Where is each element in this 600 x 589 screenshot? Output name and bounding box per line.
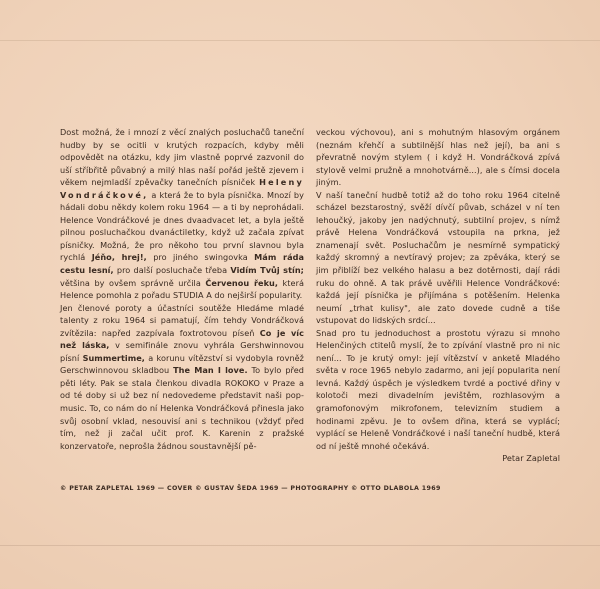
text-run: pro jiného swingovka — [147, 252, 254, 262]
right-column: veckou výchovou), ani s mohutným hlasový… — [316, 126, 560, 465]
paragraph: veckou výchovou), ani s mohutným hlasový… — [316, 126, 560, 189]
author-signature: Petar Zapletal — [316, 452, 560, 465]
left-column: Dost možná, že i mnozí z věcí znalých po… — [60, 126, 304, 465]
song-title: Červenou řeku, — [205, 278, 278, 288]
paragraph: Snad pro tu jednoduchost a prostotu výra… — [316, 327, 560, 452]
liner-notes: Dost možná, že i mnozí z věcí znalých po… — [60, 126, 560, 465]
text-run: To bylo před pěti léty. Pak se stala čle… — [60, 365, 304, 450]
text-run: většina by ovšem správně určila — [60, 278, 205, 288]
copyright-credits: © PETAR ZAPLETAL 1969 — COVER © GUSTAV Š… — [60, 485, 441, 492]
song-title: Summertime, — [83, 353, 145, 363]
song-title: Jéňo, hrej!, — [92, 252, 147, 262]
paper-fold-crease — [0, 545, 600, 546]
text-run: pro další posluchače třeba — [114, 265, 231, 275]
paragraph: V naší taneční hudbě totiž až do toho ro… — [316, 189, 560, 327]
paragraph: Jen členové poroty a účastníci soutěže H… — [60, 302, 304, 453]
paper-fold-crease — [0, 40, 600, 41]
song-title: Vidím Tvůj stín; — [230, 265, 304, 275]
text-columns: Dost možná, že i mnozí z věcí znalých po… — [60, 126, 560, 465]
paragraph: Dost možná, že i mnozí z věcí znalých po… — [60, 126, 304, 302]
song-title: The Man I love. — [173, 365, 248, 375]
